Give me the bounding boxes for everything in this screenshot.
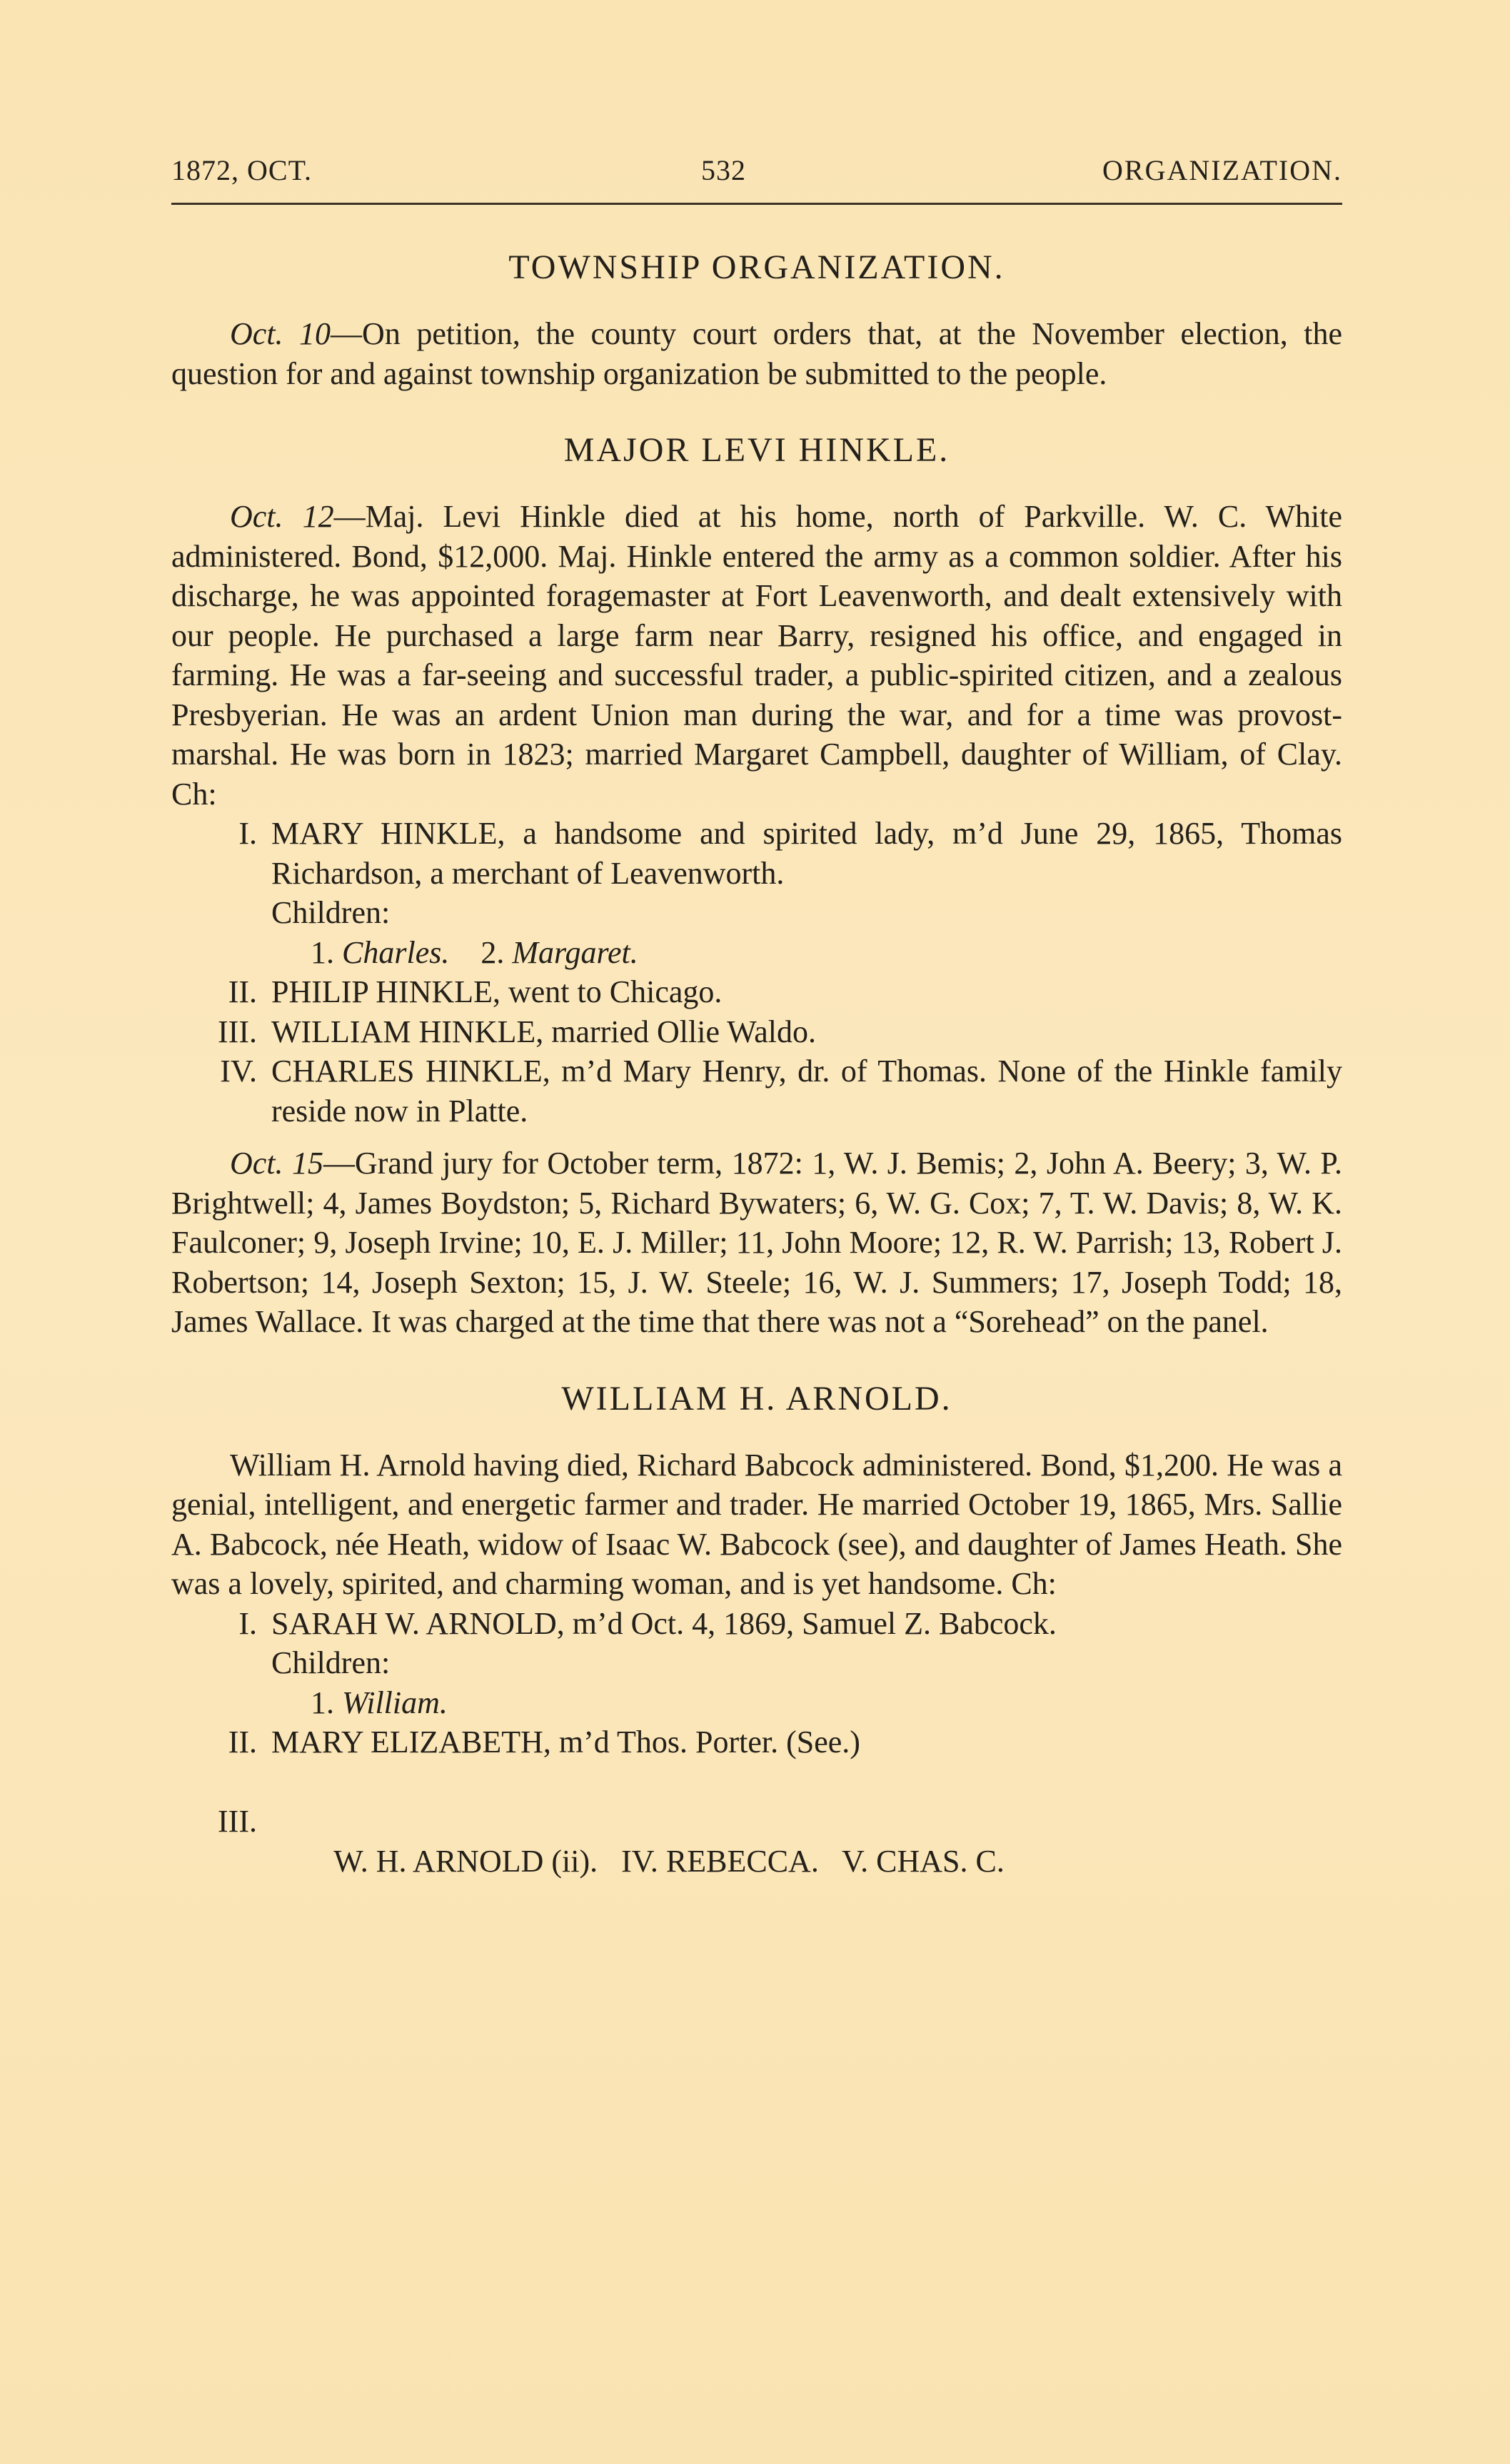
paragraph-text: —Maj. Levi Hinkle died at his home, nort… [171, 499, 1342, 812]
list-item: II. PHILIP HINKLE, went to Chicago. [171, 972, 1342, 1012]
grandchild-name: Margaret. [512, 935, 638, 970]
entry-date: Oct. 10 [230, 316, 331, 351]
paragraph-township: Oct. 10—On petition, the county court or… [171, 314, 1342, 393]
children-label: Children: [171, 893, 1342, 933]
list-item: I. SARAH W. ARNOLD, m’d Oct. 4, 1869, Sa… [171, 1604, 1342, 1644]
roman-numeral: II. [171, 1722, 257, 1762]
roman-numeral: IV. [171, 1051, 257, 1091]
section-heading-arnold: WILLIAM H. ARNOLD. [171, 1378, 1342, 1420]
grandchildren-line: 1. William. [171, 1683, 1342, 1723]
running-head-section: ORGANIZATION. [1102, 153, 1342, 187]
roman-numeral: III. [171, 1802, 257, 1842]
child-text: PHILIP HINKLE, went to Chicago. [271, 974, 722, 1009]
running-head: 1872, OCT. 532 ORGANIZATION. [171, 153, 1342, 196]
paragraph-text: —Grand jury for October term, 1872: 1, W… [171, 1146, 1342, 1339]
page-number: 532 [701, 153, 746, 187]
grandchild-num: 1. [311, 1685, 334, 1720]
list-item: III. W. H. ARNOLD (ii). IV. REBECCA. V. … [171, 1762, 1342, 1921]
children-label: Children: [171, 1643, 1342, 1683]
section-heading-township: TOWNSHIP ORGANIZATION. [171, 246, 1342, 289]
roman-numeral: III. [171, 1012, 257, 1052]
child-text: WILLIAM HINKLE, married Ollie Waldo. [271, 1014, 816, 1049]
arnold-children-list: I. SARAH W. ARNOLD, m’d Oct. 4, 1869, Sa… [171, 1604, 1342, 1921]
paragraph-arnold-bio: William H. Arnold having died, Richard B… [171, 1445, 1342, 1604]
grandchild-name: Charles. [342, 935, 449, 970]
paragraph-text: William H. Arnold having died, Richard B… [171, 1448, 1342, 1602]
grandchild-name: William. [342, 1685, 448, 1720]
entry-date: Oct. 12 [230, 499, 334, 534]
hinkle-children-list: I. MARY HINKLE, a handsome and spirited … [171, 814, 1342, 1131]
entry-date: Oct. 15 [230, 1146, 323, 1181]
grandchildren-line: 1. Charles. 2. Margaret. [171, 933, 1342, 973]
paragraph-text: —On petition, the county court orders th… [171, 316, 1342, 391]
header-rule [171, 203, 1342, 205]
roman-numeral: I. [171, 814, 257, 854]
page-content: TOWNSHIP ORGANIZATION. Oct. 10—On petiti… [171, 246, 1342, 1921]
list-item: II. MARY ELIZABETH, m’d Thos. Porter. (S… [171, 1722, 1342, 1762]
paragraph-hinkle-bio: Oct. 12—Maj. Levi Hinkle died at his hom… [171, 497, 1342, 814]
list-item: I. MARY HINKLE, a handsome and spirited … [171, 814, 1342, 893]
child-text: CHARLES HINKLE, m’d Mary Henry, dr. of T… [271, 1054, 1342, 1129]
child-text: MARY ELIZABETH, m’d Thos. Porter. (See.) [271, 1725, 860, 1759]
roman-numeral: II. [171, 972, 257, 1012]
grandchild-num: 1. [311, 935, 334, 970]
roman-numeral: I. [171, 1604, 257, 1644]
paragraph-grand-jury: Oct. 15—Grand jury for October term, 187… [171, 1143, 1342, 1342]
child-text: SARAH W. ARNOLD, m’d Oct. 4, 1869, Samue… [271, 1606, 1057, 1641]
child-text: W. H. ARNOLD (ii). IV. REBECCA. V. CHAS.… [333, 1844, 1005, 1879]
grandchild-num: 2. [480, 935, 504, 970]
running-head-date: 1872, OCT. [171, 153, 312, 187]
list-item: IV. CHARLES HINKLE, m’d Mary Henry, dr. … [171, 1051, 1342, 1131]
list-item: III. WILLIAM HINKLE, married Ollie Waldo… [171, 1012, 1342, 1052]
child-text: MARY HINKLE, a handsome and spirited lad… [271, 816, 1342, 891]
section-heading-hinkle: MAJOR LEVI HINKLE. [171, 429, 1342, 472]
